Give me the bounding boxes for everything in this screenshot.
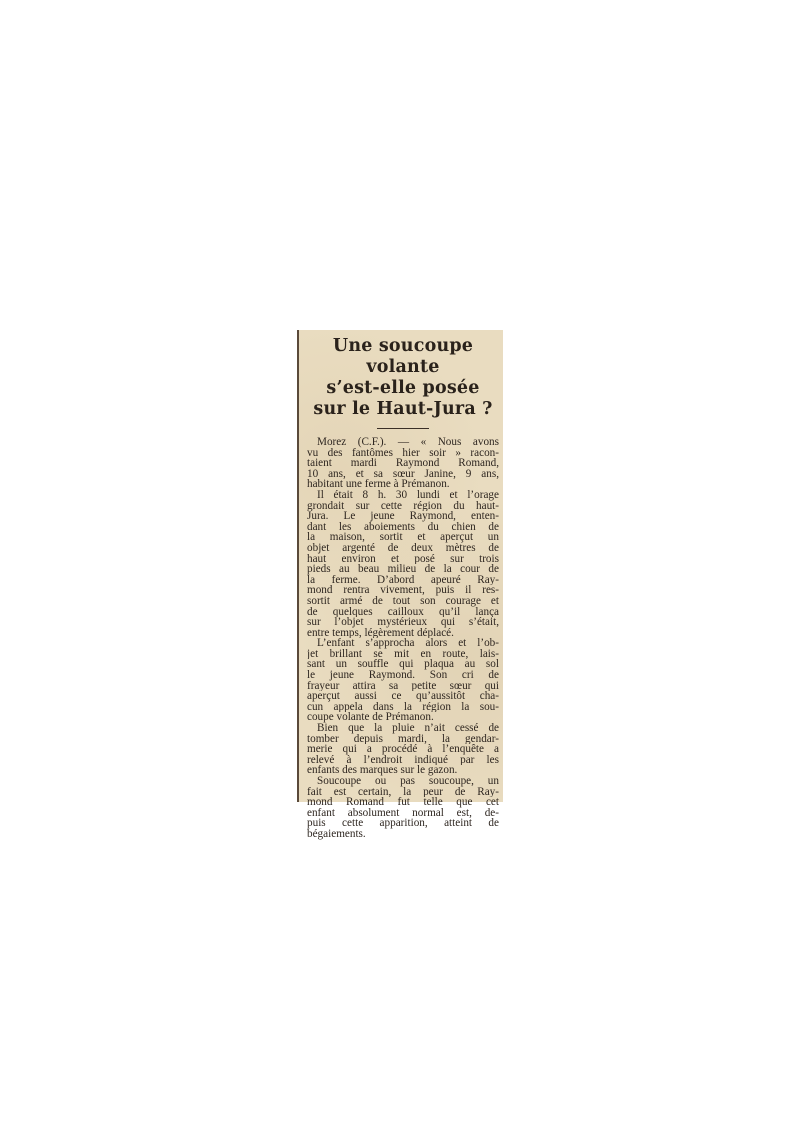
headline-line: Une soucoupe xyxy=(307,336,499,357)
article-line: frayeur attira sa petite sœur qui xyxy=(307,681,499,692)
separator-rule xyxy=(377,428,429,429)
article-line: la maison, sortit et aperçut un xyxy=(307,532,499,543)
article-line: Il était 8 h. 30 lundi et l’orage xyxy=(307,490,499,501)
article-line: mond rentra vivement, puis il res- xyxy=(307,585,499,596)
article-line: haut environ et posé sur trois xyxy=(307,554,499,565)
article-paragraph: Bien que la pluie n’ait cessé detomber d… xyxy=(307,723,499,776)
article-line: fait est certain, la peur de Ray- xyxy=(307,787,499,798)
article-paragraph: Soucoupe ou pas soucoupe, unfait est cer… xyxy=(307,776,499,840)
article-line: Jura. Le jeune Raymond, enten- xyxy=(307,511,499,522)
article-paragraph: Il était 8 h. 30 lundi et l’oragegrondai… xyxy=(307,490,499,638)
article-line: bégaiements. xyxy=(307,829,499,840)
article-line: objet argenté de deux mètres de xyxy=(307,543,499,554)
article-line: la ferme. D’abord apeuré Ray- xyxy=(307,575,499,586)
article-line: habitant une ferme à Prémanon. xyxy=(307,479,499,490)
article-line: dant les aboiements du chien de xyxy=(307,522,499,533)
article-line: aperçut aussi ce qu’aussitôt cha- xyxy=(307,691,499,702)
headline-line: volante xyxy=(307,357,499,378)
article-line: sur l’objet mystérieux qui s’était, xyxy=(307,617,499,628)
article-line: relevé à l’endroit indiqué par les xyxy=(307,755,499,766)
article-line: enfant absolument normal est, de- xyxy=(307,808,499,819)
article-line: sant un souffle qui plaqua au sol xyxy=(307,659,499,670)
article-paragraph: Morez (C.F.). — « Nous avonsvu des fantô… xyxy=(307,437,499,490)
article-line: tomber depuis mardi, la gendar- xyxy=(307,734,499,745)
article-line: puis cette apparition, atteint de xyxy=(307,818,499,829)
article-line: sortit armé de tout son courage et xyxy=(307,596,499,607)
article-line: mond Romand fut telle que cet xyxy=(307,797,499,808)
article-line: Soucoupe ou pas soucoupe, un xyxy=(307,776,499,787)
article-paragraph: L’enfant s’approcha alors et l’ob-jet br… xyxy=(307,638,499,723)
article-line: le jeune Raymond. Son cri de xyxy=(307,670,499,681)
article-line: enfants des marques sur le gazon. xyxy=(307,765,499,776)
article-line: jet brillant se mit en route, lais- xyxy=(307,649,499,660)
article-line: de quelques cailloux qu’il lança xyxy=(307,607,499,618)
headline-line: sur le Haut-Jura ? xyxy=(307,399,499,420)
article-line: pieds au beau milieu de la cour de xyxy=(307,564,499,575)
article-line: merie qui a procédé à l’enquête a xyxy=(307,744,499,755)
article-line: Morez (C.F.). — « Nous avons xyxy=(307,437,499,448)
article-line: taient mardi Raymond Romand, xyxy=(307,458,499,469)
article-line: L’enfant s’approcha alors et l’ob- xyxy=(307,638,499,649)
article-line: 10 ans, et sa sœur Janine, 9 ans, xyxy=(307,469,499,480)
headline-line: s’est-elle posée xyxy=(307,378,499,399)
article-line: entre temps, légèrement déplacé. xyxy=(307,628,499,639)
article-body: Morez (C.F.). — « Nous avonsvu des fantô… xyxy=(307,437,499,840)
newspaper-clipping: Une soucoupe volante s’est-elle posée su… xyxy=(297,330,503,802)
article-line: Bien que la pluie n’ait cessé de xyxy=(307,723,499,734)
article-line: coupe volante de Prémanon. xyxy=(307,712,499,723)
article-line: grondait sur cette région du haut- xyxy=(307,501,499,512)
article-line: cun appela dans la région la sou- xyxy=(307,702,499,713)
article-line: vu des fantômes hier soir » racon- xyxy=(307,448,499,459)
headline: Une soucoupe volante s’est-elle posée su… xyxy=(307,336,499,420)
